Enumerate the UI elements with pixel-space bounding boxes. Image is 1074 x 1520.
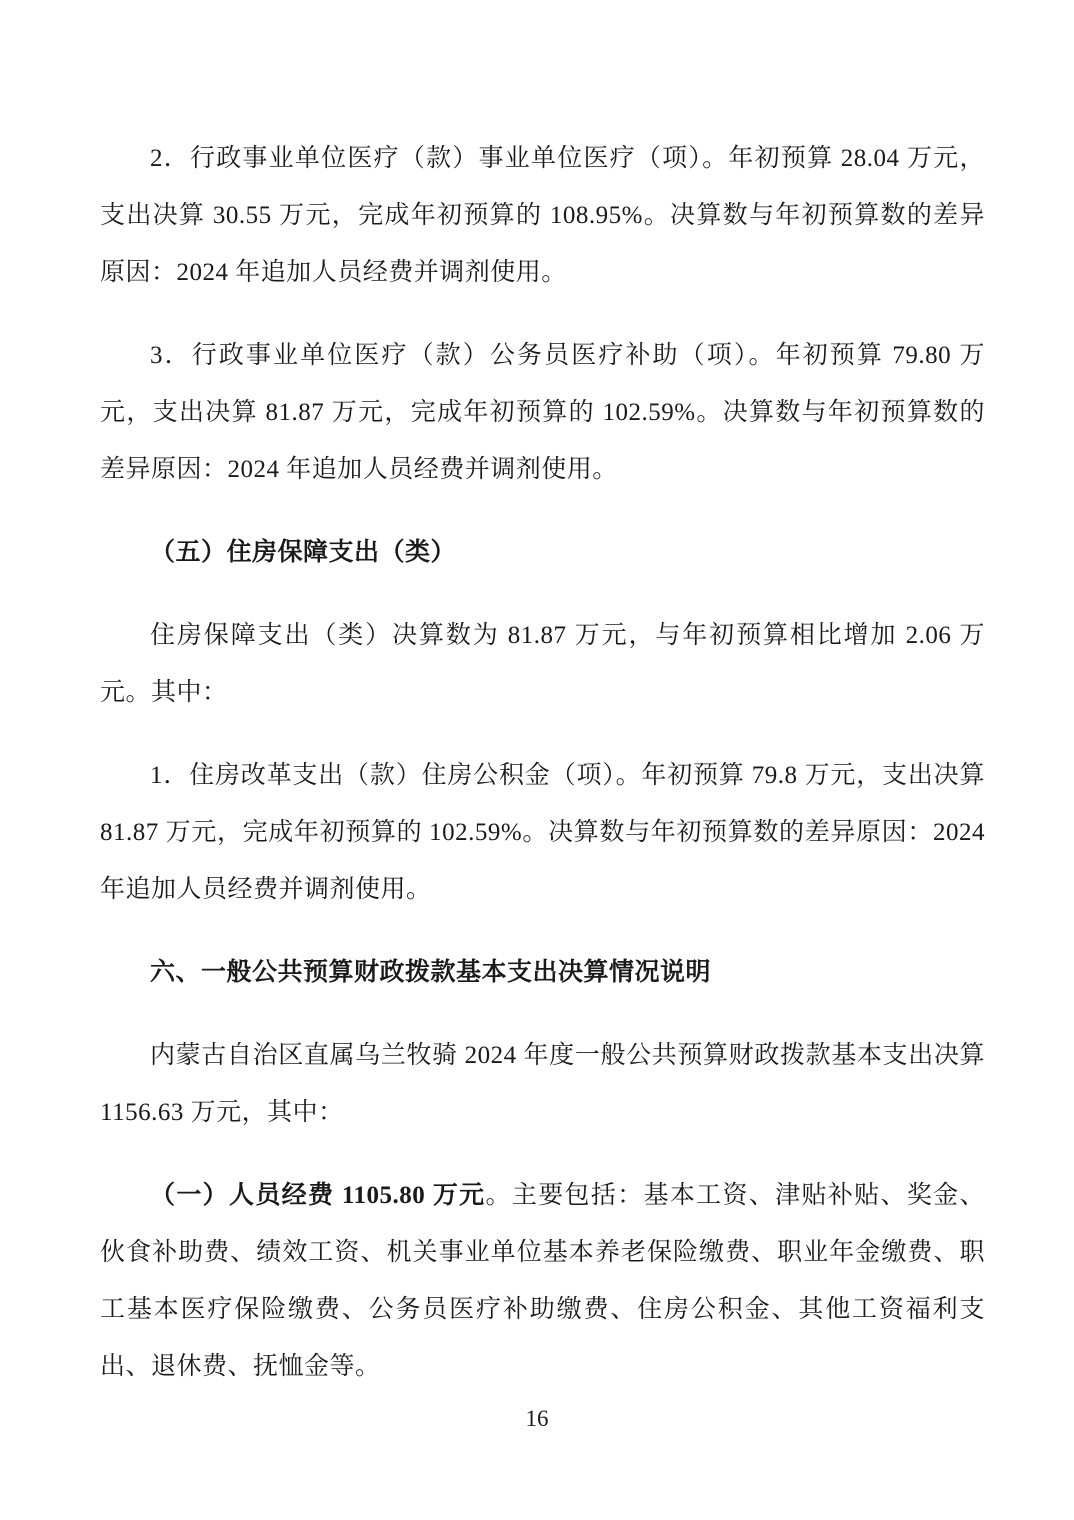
document-page: 2．行政事业单位医疗（款）事业单位医疗（项）。年初预算 28.04 万元，支出决… bbox=[0, 0, 1074, 1520]
paragraph-housing-item-1: 1．住房改革支出（款）住房公积金（项）。年初预算 79.8 万元，支出决算 81… bbox=[100, 747, 985, 918]
paragraph-medical-item-2: 2．行政事业单位医疗（款）事业单位医疗（项）。年初预算 28.04 万元，支出决… bbox=[100, 130, 985, 301]
document-body: 2．行政事业单位医疗（款）事业单位医疗（项）。年初预算 28.04 万元，支出决… bbox=[100, 130, 985, 1395]
paragraph-medical-item-3: 3．行政事业单位医疗（款）公务员医疗补助（项）。年初预算 79.80 万元，支出… bbox=[100, 327, 985, 498]
paragraph-personnel-funds: （一）人员经费 1105.80 万元。主要包括：基本工资、津贴补贴、奖金、伙食补… bbox=[100, 1167, 985, 1395]
personnel-funds-detail: 。主要包括：基本工资、津贴补贴、奖金、伙食补助费、绩效工资、机关事业单位基本养老… bbox=[100, 1182, 985, 1380]
section-heading-housing: （五）住房保障支出（类） bbox=[100, 524, 985, 581]
paragraph-housing-total: 住房保障支出（类）决算数为 81.87 万元，与年初预算相比增加 2.06 万元… bbox=[100, 607, 985, 721]
paragraph-basic-expenditure: 内蒙古自治区直属乌兰牧骑 2024 年度一般公共预算财政拨款基本支出决算 115… bbox=[100, 1027, 985, 1141]
page-number: 16 bbox=[0, 1404, 1074, 1434]
personnel-funds-lead: （一）人员经费 1105.80 万元 bbox=[150, 1182, 486, 1209]
section-heading-basic-expenditure: 六、一般公共预算财政拨款基本支出决算情况说明 bbox=[100, 944, 985, 1001]
